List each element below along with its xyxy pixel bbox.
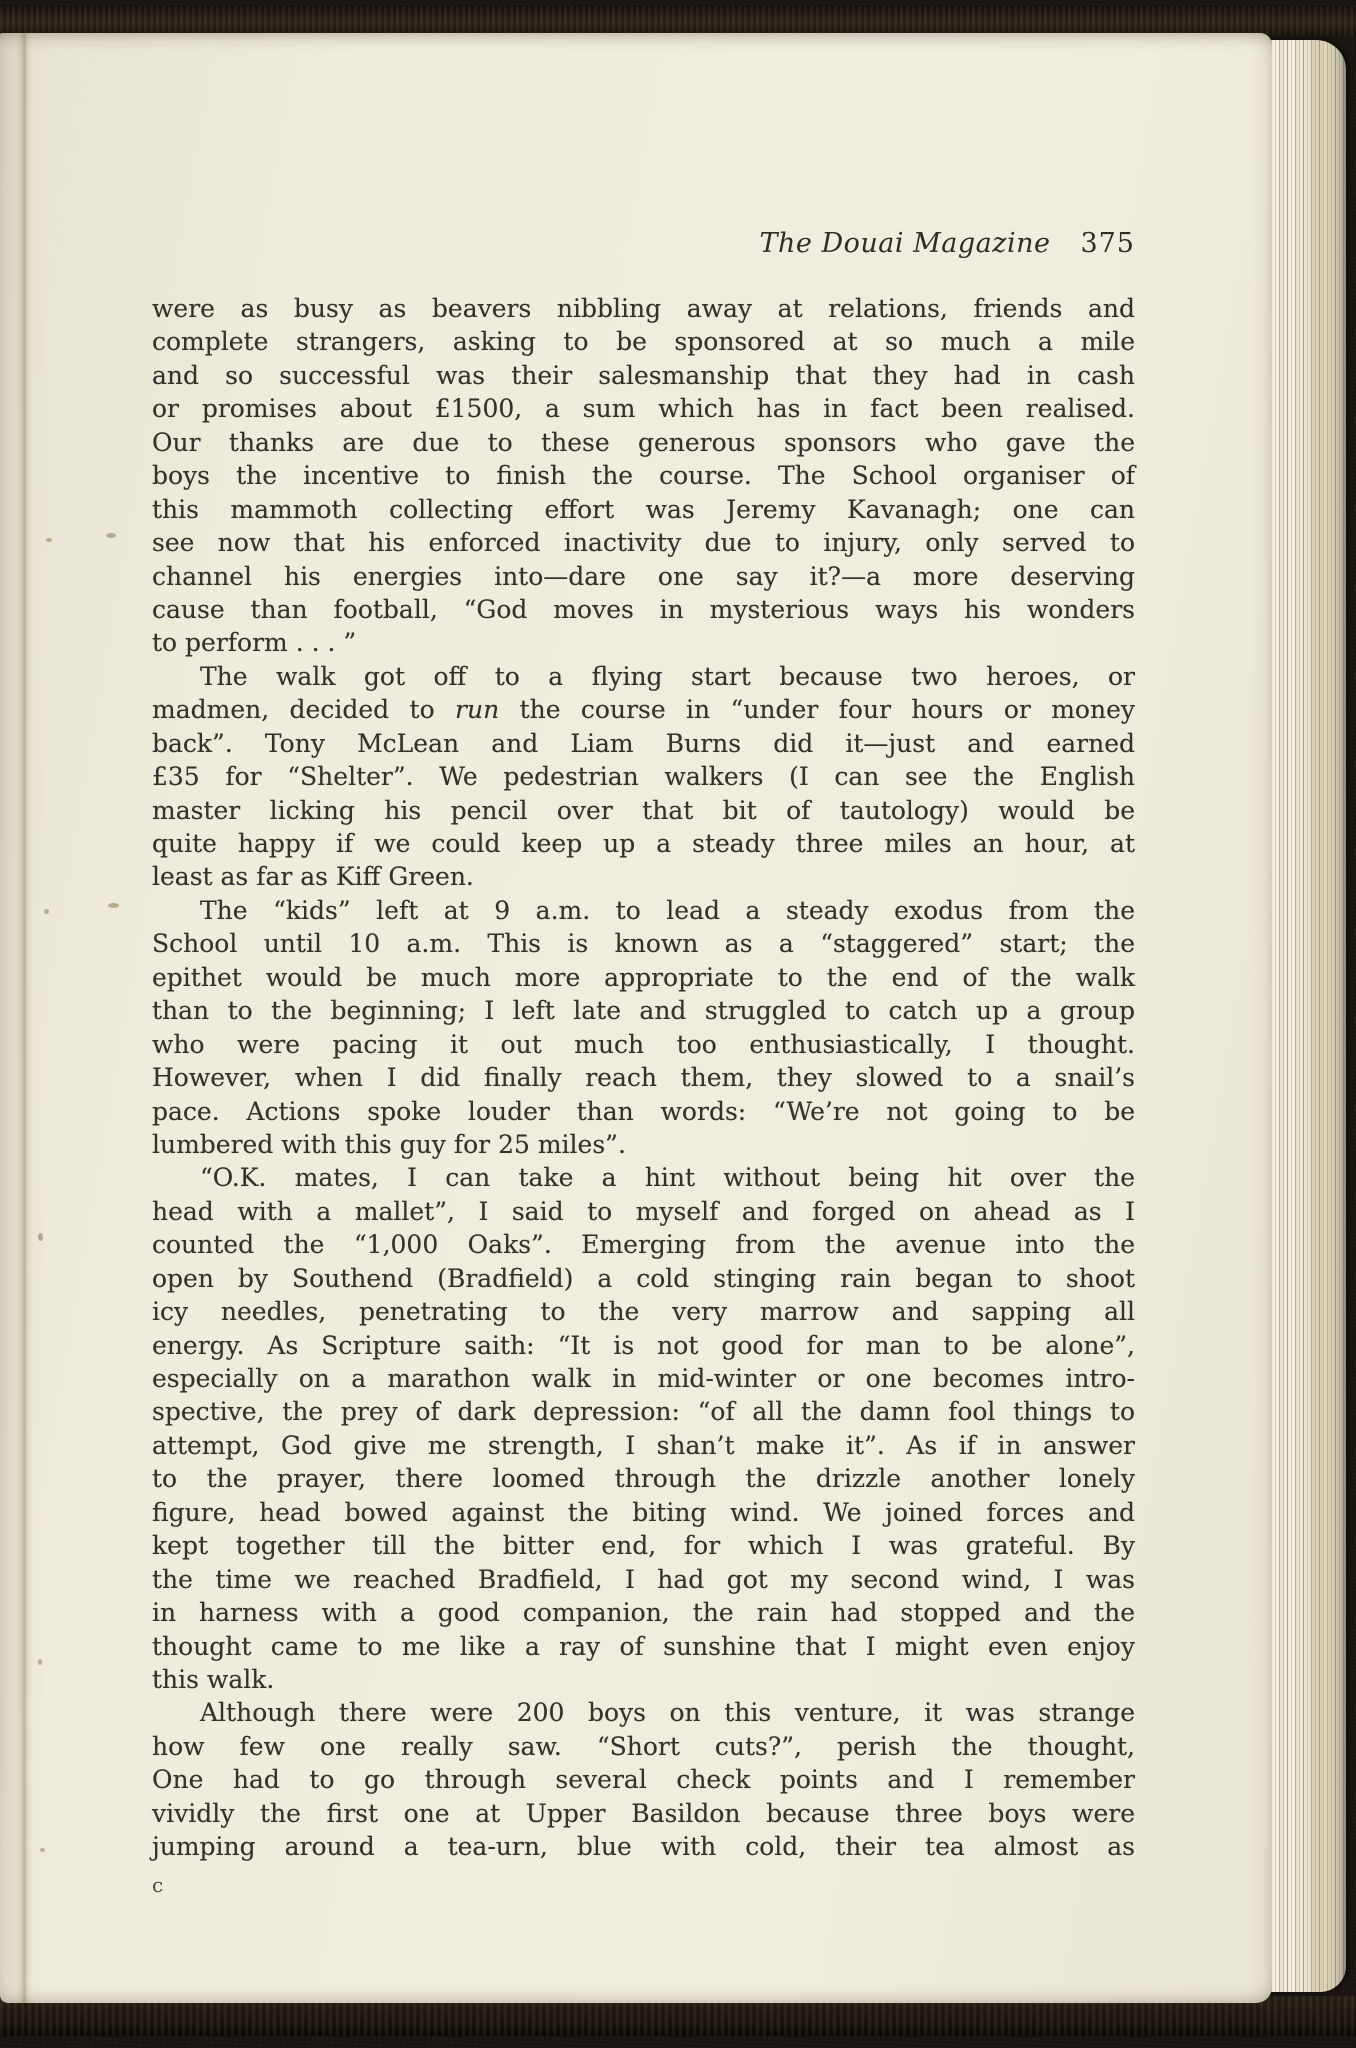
text-line: open by Southend (Bradfield) a cold stin… [152,1264,1135,1297]
text-line: figure, head bowed against the biting wi… [152,1498,1135,1531]
page-number: 375 [1080,228,1135,259]
text-line: The “kids” left at 9 a.m. to lead a stea… [152,896,1135,929]
text-line: cause than football, “God moves in myste… [152,595,1135,628]
text-line: back”. Tony McLean and Liam Burns did it… [152,729,1135,762]
magazine-page: The Douai Magazine 375 were as busy as b… [0,33,1272,2003]
text-line: counted the “1,000 Oaks”. Emerging from … [152,1230,1135,1263]
text-line: Our thanks are due to these generous spo… [152,428,1135,461]
text-line: Although there were 200 boys on this ven… [152,1698,1135,1731]
text-line: and so successful was their salesmanship… [152,361,1135,394]
text-line: The walk got off to a flying start becau… [152,662,1135,695]
text-line: especially on a marathon walk in mid-win… [152,1364,1135,1397]
text-line: madmen, decided to run the course in “un… [152,695,1135,728]
text-line: how few one really saw. “Short cuts?”, p… [152,1732,1135,1765]
paper-speck [38,1659,42,1665]
paper-speck [46,538,52,542]
text-line: pace. Actions spoke louder than words: “… [152,1097,1135,1130]
text-line: jumping around a tea-urn, blue with cold… [152,1832,1135,1865]
text-line: lumbered with this guy for 25 miles”. [152,1130,1135,1163]
text-line: or promises about £1500, a sum which has… [152,394,1135,427]
text-line: icy needles, penetrating to the very mar… [152,1297,1135,1330]
gutter-shadow [16,33,32,2003]
signature-mark: c [152,1873,163,1897]
paper-speck [40,1848,45,1852]
text-line: energy. As Scripture saith: “It is not g… [152,1331,1135,1364]
text-line: to the prayer, there loomed through the … [152,1464,1135,1497]
text-line: who were pacing it out much too enthusia… [152,1030,1135,1063]
text-line: £35 for “Shelter”. We pedestrian walkers… [152,762,1135,795]
cover-top-edge [0,6,1356,36]
text-line: least as far as Kiff Green. [152,862,1135,895]
text-line: head with a mallet”, I said to myself an… [152,1197,1135,1230]
text-line: in harness with a good companion, the ra… [152,1598,1135,1631]
text-line: vividly the first one at Upper Basildon … [152,1799,1135,1832]
running-head: The Douai Magazine 375 [152,228,1135,259]
text-line: were as busy as beavers nibbling away at… [152,294,1135,327]
text-line: this mammoth collecting effort was Jerem… [152,495,1135,528]
body-text: were as busy as beavers nibbling away at… [152,294,1135,1866]
text-line: the time we reached Bradfield, I had got… [152,1565,1135,1598]
text-line: attempt, God give me strength, I shan’t … [152,1431,1135,1464]
magazine-title: The Douai Magazine [760,228,1051,259]
text-line: kept together till the bitter end, for w… [152,1531,1135,1564]
text-line: see now that his enforced inactivity due… [152,528,1135,561]
paper-speck [44,909,49,914]
text-line: epithet would be much more appropriate t… [152,963,1135,996]
text-line: than to the beginning; I left late and s… [152,996,1135,1029]
text-line: channel his energies into—dare one say i… [152,562,1135,595]
text-line: quite happy if we could keep up a steady… [152,829,1135,862]
text-line: this walk. [152,1665,1135,1698]
text-line: master licking his pencil over that bit … [152,796,1135,829]
text-line: boys the incentive to finish the course.… [152,461,1135,494]
text-line: thought came to me like a ray of sunshin… [152,1632,1135,1665]
text-line: complete strangers, asking to be sponsor… [152,327,1135,360]
text-line: One had to go through several check poin… [152,1765,1135,1798]
paper-speck [106,533,116,538]
text-line: spective, the prey of dark depression: “… [152,1397,1135,1430]
book-photo: The Douai Magazine 375 were as busy as b… [0,0,1356,2048]
text-line: School until 10 a.m. This is known as a … [152,929,1135,962]
paper-speck [108,903,119,908]
text-line: “O.K. mates, I can take a hint without b… [152,1163,1135,1196]
paper-speck [38,1233,43,1241]
text-line: to perform . . . ” [152,628,1135,661]
text-line: However, when I did finally reach them, … [152,1063,1135,1096]
